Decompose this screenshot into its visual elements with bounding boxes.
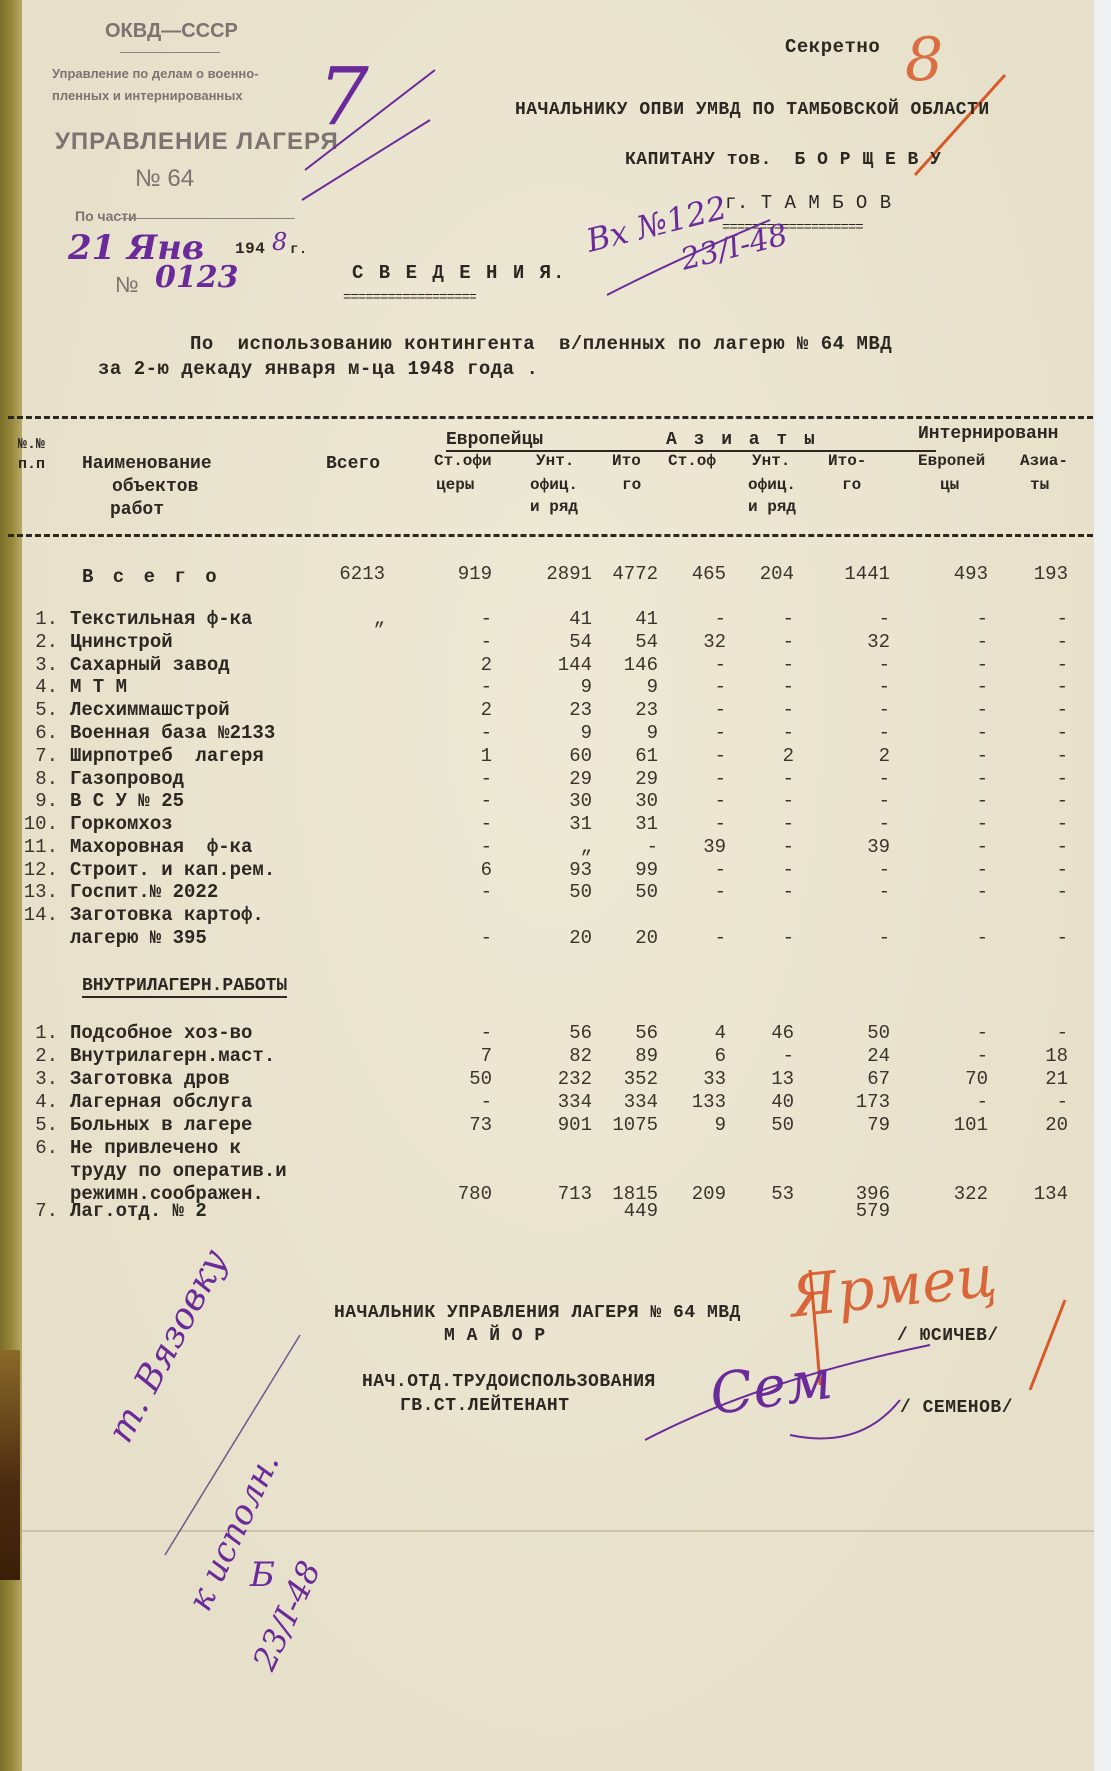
cell-as-senior: - <box>660 676 726 698</box>
cell-int-eu: - <box>920 836 988 858</box>
cell-int-as: - <box>1000 790 1068 812</box>
cell-int-eu: - <box>920 927 988 949</box>
header-as-junior-2: офиц. <box>748 476 796 494</box>
cell-int-as: 20 <box>1000 1114 1068 1136</box>
cell-eu-junior: 93 <box>520 859 592 881</box>
subtitle-line-2: за 2-ю декаду января м-ца 1948 года . <box>98 358 538 380</box>
row-label: Заготовка картоф. <box>70 904 264 926</box>
cell-eu-senior: 73 <box>420 1114 492 1136</box>
cell-as-junior: - <box>730 631 794 653</box>
cell-as-total: - <box>820 722 890 744</box>
cell-as-junior: 204 <box>730 563 794 585</box>
cell-int-eu: - <box>920 1091 988 1113</box>
cell-as-senior: 4 <box>660 1022 726 1044</box>
cell-eu-total: 9 <box>590 722 658 744</box>
cell-eu-junior: „ <box>520 836 592 858</box>
row-number: 7. <box>20 1200 58 1222</box>
cell-int-as: 193 <box>1000 563 1068 585</box>
cell-eu-junior: 30 <box>520 790 592 812</box>
cell-eu-total: 56 <box>590 1022 658 1044</box>
cell-eu-total: 23 <box>590 699 658 721</box>
cell-eu-junior: 29 <box>520 768 592 790</box>
cell-eu-junior: 713 <box>520 1183 592 1205</box>
cell-eu-junior: 23 <box>520 699 592 721</box>
row-number: 14. <box>20 904 58 926</box>
header-name-3: работ <box>110 500 164 520</box>
section-internal-title: ВНУТРИЛАГЕРН.РАБОТЫ <box>82 976 287 998</box>
cell-as-senior: 209 <box>660 1183 726 1205</box>
cell-as-total: - <box>820 699 890 721</box>
stamp-number-prefix: № <box>115 272 139 298</box>
header-eu-junior-1: Унт. <box>536 452 574 470</box>
row-label: Лагерная обслуга <box>70 1091 252 1113</box>
row-number: 5. <box>20 699 58 721</box>
cell-eu-total: 61 <box>590 745 658 767</box>
row-number: 13. <box>20 881 58 903</box>
labor-signature-strokes-icon <box>640 1340 940 1450</box>
cell-eu-senior: - <box>420 881 492 903</box>
chief-rank: М А Й О Р <box>444 1326 546 1346</box>
stamp-line-4: УПРАВЛЕНИЕ ЛАГЕРЯ <box>55 128 339 156</box>
cell-int-as: 134 <box>1000 1183 1068 1205</box>
cell-as-junior: - <box>730 722 794 744</box>
cell-as-senior: 6 <box>660 1045 726 1067</box>
page-background-edge <box>1094 0 1111 1771</box>
cell-eu-junior: 232 <box>520 1068 592 1090</box>
cell-int-eu: - <box>920 676 988 698</box>
row-label: Лесхиммашстрой <box>70 699 230 721</box>
header-total: Всего <box>326 454 380 474</box>
cell-as-total: 32 <box>820 631 890 653</box>
cell-int-as: - <box>1000 1091 1068 1113</box>
row-number: 9. <box>20 790 58 812</box>
cell-eu-junior: 60 <box>520 745 592 767</box>
resolution-initial: Б <box>250 1555 275 1595</box>
cell-int-eu: - <box>920 722 988 744</box>
row-number: 6. <box>20 722 58 744</box>
cell-as-senior: - <box>660 608 726 630</box>
secret-label: Секретно <box>785 36 880 58</box>
cell-eu-total: 30 <box>590 790 658 812</box>
cell-eu-total: 146 <box>590 654 658 676</box>
row-number: 6. <box>20 1137 58 1159</box>
row-number: 4. <box>20 676 58 698</box>
subtitle-line-1: По использованию контингента в/пленных п… <box>190 333 892 355</box>
row-number: 4. <box>20 1091 58 1113</box>
cell-eu-junior: 56 <box>520 1022 592 1044</box>
row-label: Больных в лагере <box>70 1114 252 1136</box>
cell-as-junior: - <box>730 1045 794 1067</box>
row-number: 12. <box>20 859 58 881</box>
stamp-divider <box>120 218 295 219</box>
row-label: Подсобное хоз-во <box>70 1022 252 1044</box>
stamp-year: 194 <box>235 240 265 258</box>
cell-as-senior: - <box>660 859 726 881</box>
header-as-total-1: Ито- <box>828 452 866 470</box>
cell-eu-senior: - <box>420 1022 492 1044</box>
cell-int-as: - <box>1000 768 1068 790</box>
cell-as-senior: - <box>660 927 726 949</box>
header-as-junior-3: и ряд <box>748 498 796 516</box>
cell-as-senior: 33 <box>660 1068 726 1090</box>
header-eu-total-2: го <box>622 476 641 494</box>
header-eu-junior-3: и ряд <box>530 498 578 516</box>
row-number: 8. <box>20 768 58 790</box>
stamp-camp-number: № 64 <box>135 165 194 193</box>
cell-eu-total: 99 <box>590 859 658 881</box>
table-header-bottom-rule <box>8 534 1093 537</box>
cell-int-as: - <box>1000 654 1068 676</box>
cell-int-eu: - <box>920 859 988 881</box>
cell-eu-senior: - <box>420 608 492 630</box>
row-number: 1. <box>20 608 58 630</box>
cell-as-total: - <box>820 608 890 630</box>
cell-as-junior: - <box>730 676 794 698</box>
row-number: 2. <box>20 1045 58 1067</box>
cell-int-as: - <box>1000 699 1068 721</box>
labor-title: НАЧ.ОТД.ТРУДОИСПОЛЬЗОВАНИЯ <box>362 1372 656 1392</box>
table-top-rule <box>8 416 1093 419</box>
row-number: 1. <box>20 1022 58 1044</box>
handwritten-strokes-icon <box>300 60 440 210</box>
row-number: 3. <box>20 654 58 676</box>
cell-as-senior: - <box>660 813 726 835</box>
cell-as-junior: 40 <box>730 1091 794 1113</box>
cell-total: 6213 <box>300 563 385 585</box>
cell-int-as: - <box>1000 1022 1068 1044</box>
cell-eu-senior: 2 <box>420 654 492 676</box>
row-number: 3. <box>20 1068 58 1090</box>
cell-eu-senior: 780 <box>420 1183 492 1205</box>
cell-as-total: 39 <box>820 836 890 858</box>
cell-eu-senior: - <box>420 836 492 858</box>
cell-as-junior: 46 <box>730 1022 794 1044</box>
chief-title: НАЧАЛЬНИК УПРАВЛЕНИЯ ЛАГЕРЯ № 64 МВД <box>334 1303 741 1323</box>
resolution-slash-icon <box>160 1330 310 1560</box>
cell-int-eu: 70 <box>920 1068 988 1090</box>
cell-eu-senior: - <box>420 927 492 949</box>
cell-eu-total: 31 <box>590 813 658 835</box>
cell-as-senior: 32 <box>660 631 726 653</box>
cell-eu-total: 1075 <box>590 1114 658 1136</box>
header-num-1: №.№ <box>18 436 45 453</box>
cell-eu-junior: 144 <box>520 654 592 676</box>
cell-eu-senior: 6 <box>420 859 492 881</box>
stamp-year-digit: 8 <box>272 228 287 256</box>
row-label: Газопровод <box>70 768 184 790</box>
row-number: 2. <box>20 631 58 653</box>
header-eu-total-1: Ито <box>612 452 641 470</box>
cell-int-as: - <box>1000 881 1068 903</box>
stamp-line-3: пленных и интернированных <box>52 88 243 103</box>
cell-as-junior: - <box>730 836 794 858</box>
cell-eu-total: 449 <box>590 1200 658 1222</box>
cell-eu-senior: 50 <box>420 1068 492 1090</box>
row-label: Сахарный завод <box>70 654 230 676</box>
cell-int-eu: - <box>920 1022 988 1044</box>
cell-int-as: - <box>1000 722 1068 744</box>
cell-eu-senior: - <box>420 676 492 698</box>
stamp-divider <box>120 52 220 53</box>
header-as-total-2: го <box>842 476 861 494</box>
cell-int-eu: - <box>920 790 988 812</box>
header-eu-senior-2: церы <box>436 476 474 494</box>
row-number: 7. <box>20 745 58 767</box>
cell-eu-total: 352 <box>590 1068 658 1090</box>
header-as-senior: Ст.оф <box>668 452 716 470</box>
binding-shadow <box>0 1350 20 1580</box>
cell-eu-junior: 9 <box>520 676 592 698</box>
header-eu-junior-2: офиц. <box>530 476 578 494</box>
stamp-number-handwritten: 0123 <box>155 260 239 295</box>
header-as-junior-1: Унт. <box>752 452 790 470</box>
cell-as-total: - <box>820 790 890 812</box>
cell-as-senior: - <box>660 654 726 676</box>
row-label: Лаг.отд. № 2 <box>70 1200 207 1222</box>
cell-as-junior: 50 <box>730 1114 794 1136</box>
row-label: Не привлечено к <box>70 1137 241 1159</box>
cell-eu-total: - <box>590 836 658 858</box>
header-int-as-1: Азиа- <box>1020 452 1068 470</box>
row-label: Внутрилагерн.маст. <box>70 1045 275 1067</box>
row-number: 5. <box>20 1114 58 1136</box>
cell-as-total: - <box>820 881 890 903</box>
cell-int-eu: - <box>920 631 988 653</box>
cell-int-as: 21 <box>1000 1068 1068 1090</box>
header-name-1: Наименование <box>82 454 212 474</box>
row-label: В С У № 25 <box>70 790 184 812</box>
cell-as-total: - <box>820 813 890 835</box>
cell-as-total: 79 <box>820 1114 890 1136</box>
cell-eu-senior: 1 <box>420 745 492 767</box>
cell-as-junior: - <box>730 813 794 835</box>
cell-total: „ <box>300 608 385 630</box>
cell-eu-total: 41 <box>590 608 658 630</box>
row-label: лагерю № 395 <box>70 927 207 949</box>
cell-int-as: - <box>1000 836 1068 858</box>
cell-eu-senior: - <box>420 813 492 835</box>
cell-eu-junior: 54 <box>520 631 592 653</box>
cell-as-senior: 9 <box>660 1114 726 1136</box>
cell-as-senior: 39 <box>660 836 726 858</box>
cell-as-total: 67 <box>820 1068 890 1090</box>
cell-as-senior: - <box>660 881 726 903</box>
cell-int-as: - <box>1000 813 1068 835</box>
cell-as-junior: 53 <box>730 1183 794 1205</box>
cell-int-as: - <box>1000 676 1068 698</box>
header-int-eu-1: Европей <box>918 452 985 470</box>
row-label: Махоровная ф-ка <box>70 836 252 858</box>
cell-as-junior: 2 <box>730 745 794 767</box>
cell-int-as: - <box>1000 859 1068 881</box>
cell-as-senior: - <box>660 768 726 790</box>
cell-eu-junior: 31 <box>520 813 592 835</box>
cell-int-as: - <box>1000 927 1068 949</box>
cell-as-junior: - <box>730 790 794 812</box>
cell-eu-senior: - <box>420 1091 492 1113</box>
addressee-line-2: КАПИТАНУ тов. Б О Р Щ Е В У <box>625 150 941 170</box>
cell-int-as: 18 <box>1000 1045 1068 1067</box>
cell-as-total: 1441 <box>820 563 890 585</box>
cell-eu-total: 4772 <box>590 563 658 585</box>
cell-eu-junior: 2891 <box>520 563 592 585</box>
row-label: М Т М <box>70 676 127 698</box>
cell-as-senior: - <box>660 722 726 744</box>
cell-eu-junior: 82 <box>520 1045 592 1067</box>
cell-eu-senior: 919 <box>420 563 492 585</box>
title-underline: ================== <box>343 290 476 306</box>
cell-eu-senior: - <box>420 722 492 744</box>
cell-as-total: - <box>820 676 890 698</box>
cell-as-junior: - <box>730 608 794 630</box>
cell-int-eu: 322 <box>920 1183 988 1205</box>
cell-eu-total: 54 <box>590 631 658 653</box>
cell-int-eu: - <box>920 881 988 903</box>
header-group-asians: А з и а т ы <box>666 430 818 450</box>
cell-eu-junior: 41 <box>520 608 592 630</box>
row-label: Горкомхоз <box>70 813 173 835</box>
cell-as-junior: 13 <box>730 1068 794 1090</box>
grand-total-label: В с е г о <box>82 566 221 588</box>
header-name-2: объектов <box>112 477 198 497</box>
row-label: Текстильная ф-ка <box>70 608 252 630</box>
cell-as-total: 173 <box>820 1091 890 1113</box>
stamp-year-suffix: г. <box>290 242 308 258</box>
cell-as-total: 2 <box>820 745 890 767</box>
cell-int-eu: - <box>920 813 988 835</box>
cell-eu-senior: 7 <box>420 1045 492 1067</box>
cell-as-junior: - <box>730 881 794 903</box>
cell-eu-senior: - <box>420 790 492 812</box>
cell-as-senior: - <box>660 745 726 767</box>
cell-eu-total: 9 <box>590 676 658 698</box>
cell-int-as: - <box>1000 745 1068 767</box>
cell-as-total: - <box>820 859 890 881</box>
cell-as-total: 50 <box>820 1022 890 1044</box>
cell-int-eu: - <box>920 608 988 630</box>
cell-as-junior: - <box>730 859 794 881</box>
labor-rank: ГВ.СТ.ЛЕЙТЕНАНТ <box>400 1396 570 1416</box>
row-label: Ширпотреб лагеря <box>70 745 264 767</box>
header-num-2: п.п <box>18 456 45 473</box>
cell-as-senior: - <box>660 699 726 721</box>
row-label: Военная база №2133 <box>70 722 275 744</box>
cell-eu-total: 89 <box>590 1045 658 1067</box>
incoming-underline-icon <box>605 210 775 300</box>
cell-eu-senior: 2 <box>420 699 492 721</box>
cell-int-as: - <box>1000 608 1068 630</box>
cell-as-total: - <box>820 768 890 790</box>
cell-int-eu: - <box>920 1045 988 1067</box>
stamp-part-label: По части <box>75 208 137 224</box>
cell-as-junior: - <box>730 927 794 949</box>
header-eu-senior-1: Ст.офи <box>434 452 492 470</box>
cell-eu-junior: 334 <box>520 1091 592 1113</box>
addressee-line-1: НАЧАЛЬНИКУ ОПВИ УМВД ПО ТАМБОВСКОЙ ОБЛАС… <box>515 100 990 120</box>
cell-eu-total: 50 <box>590 881 658 903</box>
cell-eu-total: 334 <box>590 1091 658 1113</box>
document-title: С В Е Д Е Н И Я. <box>352 262 566 284</box>
row-number: 10. <box>20 813 58 835</box>
header-group-interned: Интернированн <box>918 424 1058 444</box>
row-label: Цнинстрой <box>70 631 173 653</box>
cell-as-junior: - <box>730 768 794 790</box>
cell-eu-senior: - <box>420 768 492 790</box>
row-label: Строит. и кап.рем. <box>70 859 275 881</box>
cell-int-eu: - <box>920 654 988 676</box>
stamp-line-1: ОКВД—СССР <box>105 20 238 43</box>
cell-as-senior: 133 <box>660 1091 726 1113</box>
cell-int-eu: - <box>920 768 988 790</box>
cell-as-senior: 465 <box>660 563 726 585</box>
header-int-as-2: ты <box>1030 476 1049 494</box>
cell-eu-junior: 901 <box>520 1114 592 1136</box>
cell-as-total: - <box>820 654 890 676</box>
cell-eu-total: 29 <box>590 768 658 790</box>
cell-as-senior: - <box>660 790 726 812</box>
cell-int-as: - <box>1000 631 1068 653</box>
header-int-eu-2: цы <box>940 476 959 494</box>
cell-eu-junior: 20 <box>520 927 592 949</box>
row-label: труду по оператив.и <box>70 1160 287 1182</box>
cell-eu-total: 20 <box>590 927 658 949</box>
cell-eu-junior: 50 <box>520 881 592 903</box>
cell-int-eu: - <box>920 745 988 767</box>
cell-eu-junior: 9 <box>520 722 592 744</box>
cell-as-total: - <box>820 927 890 949</box>
stamp-line-2: Управление по делам о военно- <box>52 66 259 81</box>
cell-as-junior: - <box>730 654 794 676</box>
row-label: Госпит.№ 2022 <box>70 881 218 903</box>
cell-int-eu: 493 <box>920 563 988 585</box>
cell-as-total: 579 <box>820 1200 890 1222</box>
cell-int-eu: 101 <box>920 1114 988 1136</box>
cell-int-eu: - <box>920 699 988 721</box>
cell-as-junior: - <box>730 699 794 721</box>
row-label: Заготовка дров <box>70 1068 230 1090</box>
row-number: 11. <box>20 836 58 858</box>
cell-eu-senior: - <box>420 631 492 653</box>
cell-as-total: 24 <box>820 1045 890 1067</box>
